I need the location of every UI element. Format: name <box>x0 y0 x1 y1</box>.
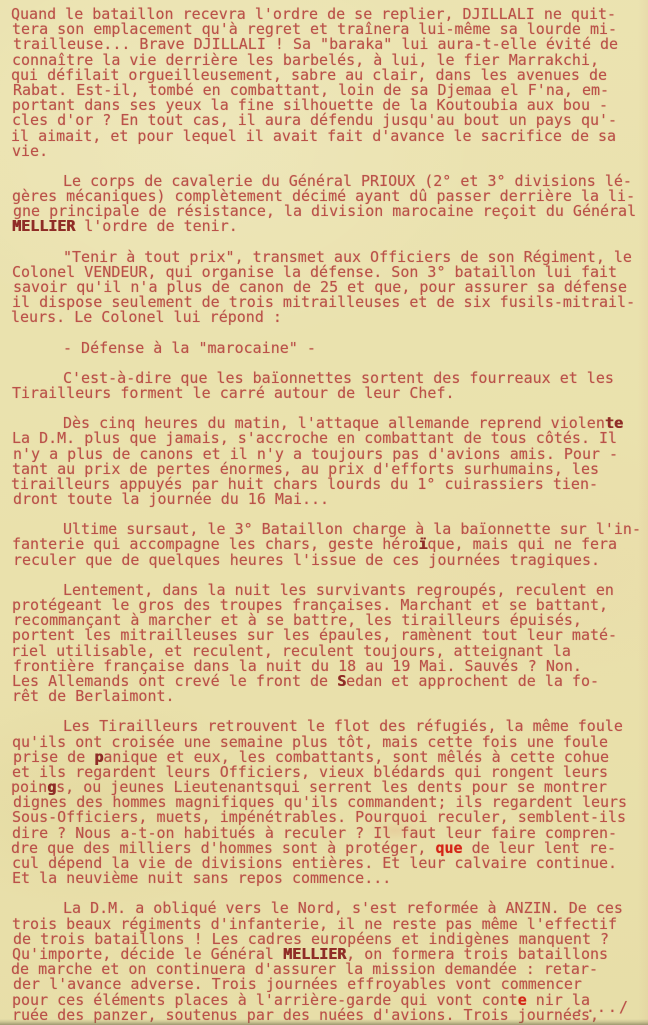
text-line: de trois bataillons ! Les cadres europée… <box>13 932 645 947</box>
text-line: Ultime sursaut, le 3° Bataillon charge à… <box>11 522 643 537</box>
text-line: rêt de Berlaimont. <box>12 689 644 704</box>
paragraph: Dès cinq heures du matin, l'attaque alle… <box>12 416 644 507</box>
text-line: leurs. Le Colonel lui répond : <box>11 310 643 325</box>
text-line: Et la neuvième nuit sans repos commence.… <box>12 871 644 886</box>
overstrike-text: p <box>94 748 103 766</box>
text-line: recommançant à marcher et à se battre, l… <box>13 613 645 628</box>
continuation-mark: ..../ <box>575 998 630 1016</box>
text-line: Lentement, dans la nuit les survivants r… <box>11 583 643 598</box>
paragraph: C'est-à-dire que les baïonnettes sortent… <box>12 371 644 401</box>
text-line: La D.M. a obliqué vers le Nord, s'est re… <box>11 901 643 916</box>
page-text: Quand le bataillon recevra l'ordre de se… <box>12 7 644 1023</box>
paragraph: Quand le bataillon recevra l'ordre de se… <box>12 7 644 159</box>
text-line: prise de panique et eux, les combattants… <box>13 750 645 765</box>
text-line: Quand le bataillon recevra l'ordre de se… <box>11 7 643 22</box>
text-line: - Défense à la "marocaine" - <box>11 341 643 356</box>
text-line: savoir qu'il n'a plus de canon de 25 et … <box>13 280 645 295</box>
text-line: dront toute la journée du 16 Mai... <box>13 492 645 507</box>
text-line: gne principale de résistance, la divisio… <box>13 204 645 219</box>
text-line: der l'avance adverse. Trois journées eff… <box>13 977 645 992</box>
paragraph: La D.M. a obliqué vers le Nord, s'est re… <box>12 901 644 1023</box>
paragraph: "Tenir à tout prix", transmet aux Offici… <box>12 250 644 326</box>
typewritten-page: Quand le bataillon recevra l'ordre de se… <box>0 0 648 1025</box>
text-line: frontière française dans la nuit du 18 a… <box>13 659 645 674</box>
text-line: Dès cinq heures du matin, l'attaque alle… <box>11 416 643 431</box>
text-line: dre que des milliers d'hommes sont à pro… <box>11 841 643 856</box>
text-line: Rabat. Est-il, tombé en combattant, loin… <box>13 83 645 98</box>
text-line: n'y a plus de canons et il n'y a toujour… <box>13 447 645 462</box>
text-line: dignes des hommes magnifiques qu'ils com… <box>13 795 645 810</box>
text-line: Le corps de cavalerie du Général PRIOUX … <box>11 174 643 189</box>
text-line: "Tenir à tout prix", transmet aux Offici… <box>11 250 643 265</box>
red-correction-text: que <box>435 839 462 857</box>
paragraph: Lentement, dans la nuit les survivants r… <box>12 583 644 705</box>
paragraph: - Défense à la "marocaine" - <box>12 341 644 356</box>
text-line: MELLIER l'ordre de tenir. <box>12 219 644 234</box>
text-line: vie. <box>12 144 644 159</box>
text-line: reculer que de quelques heures l'issue d… <box>13 553 645 568</box>
paragraph: Les Tirailleurs retrouvent le flot des r… <box>12 719 644 886</box>
text-line: Tirailleurs forment le carré autour de l… <box>12 386 644 401</box>
text-line: C'est-à-dire que les baïonnettes sortent… <box>11 371 643 386</box>
text-line: Les Tirailleurs retrouvent le flot des r… <box>11 719 643 734</box>
paragraph: Ultime sursaut, le 3° Bataillon charge à… <box>12 522 644 568</box>
text-line: il aimait, et pour lequel il avait fait … <box>11 129 643 144</box>
paragraph: Le corps de cavalerie du Général PRIOUX … <box>12 174 644 235</box>
text-line: ruée des panzer, soutenus par des nuées … <box>12 1008 644 1023</box>
overstrike-text: te <box>605 414 623 432</box>
text-line: trailleuse... Brave DJILLALI ! Sa "barak… <box>13 37 645 52</box>
